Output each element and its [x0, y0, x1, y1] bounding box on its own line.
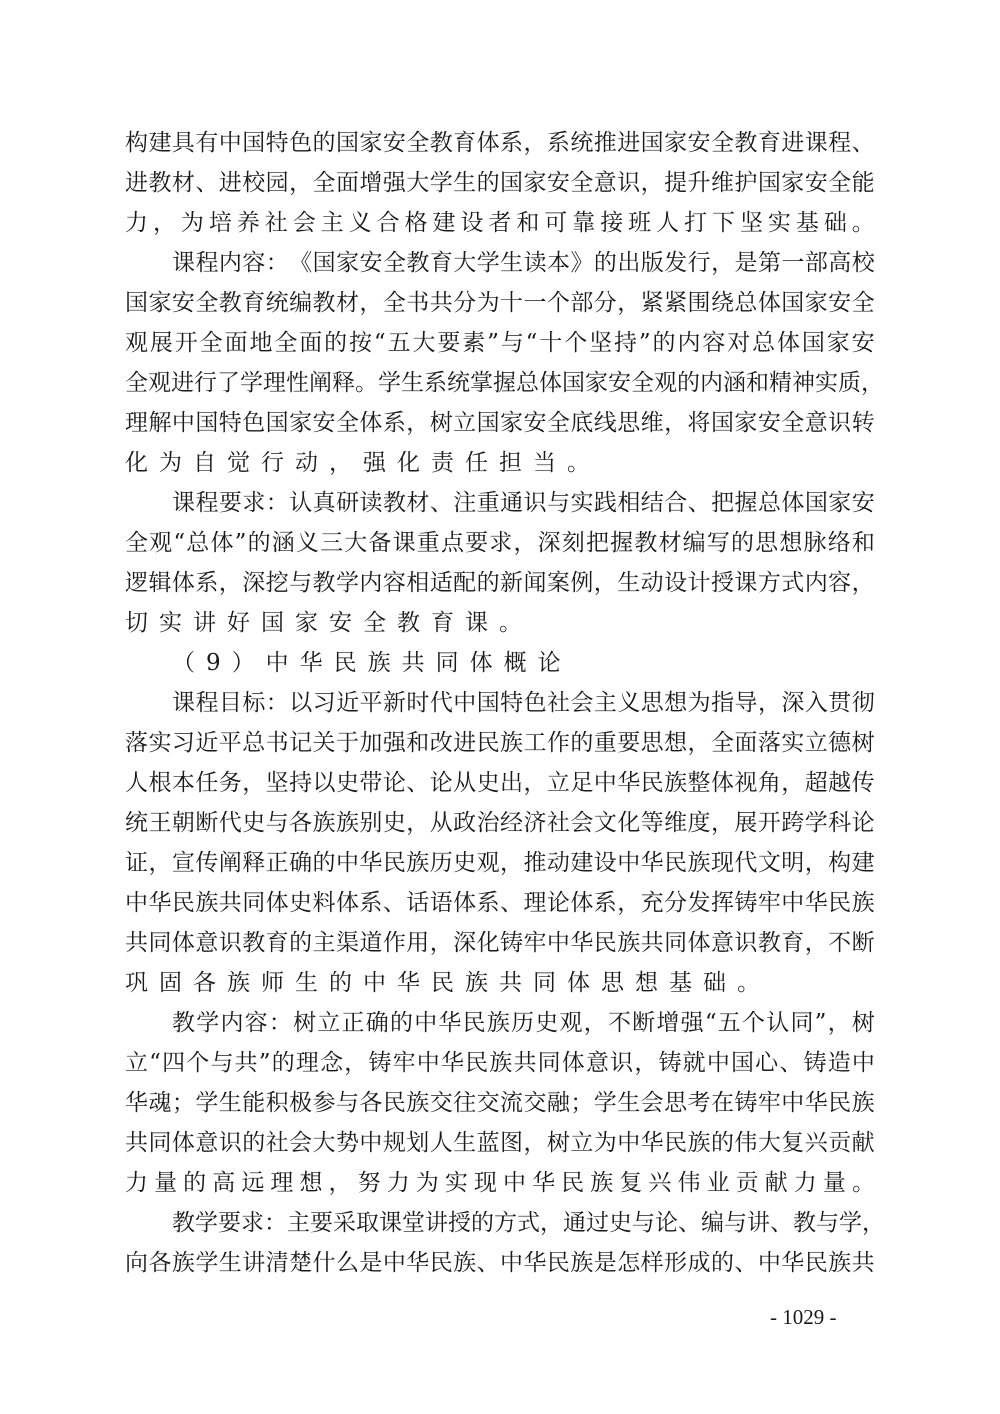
text-line: 教学要求：主要采取课堂讲授的方式，通过史与论、编与讲、教与学， — [172, 1203, 875, 1243]
text-line: 共同体意识的社会大势中规划人生蓝图，树立为中华民族的伟大复兴贡献 — [125, 1123, 875, 1163]
text-line: 国家安全教育统编教材，全书共分为十一个部分，紧紧围绕总体国家安全 — [125, 283, 875, 323]
page-number: - 1029 - — [770, 1305, 837, 1330]
text-line: 证，宣传阐释正确的中华民族历史观，推动建设中华民族现代文明，构建 — [125, 843, 875, 883]
text-line: 统王朝断代史与各族族别史，从政治经济社会文化等维度，展开跨学科论 — [125, 803, 875, 843]
text-line: 进教材、进校园，全面增强大学生的国家安全意识，提升维护国家安全能 — [125, 163, 875, 203]
text-line: 化为自觉行动，强化责任担当。 — [125, 443, 875, 483]
text-line: 中华民族共同体史料体系、话语体系、理论体系，充分发挥铸牢中华民族 — [125, 883, 875, 923]
text-line: 观展开全面地全面的按“五大要素”与“十个坚持”的内容对总体国家安 — [125, 323, 875, 363]
text-line: 全观“总体”的涵义三大备课重点要求，深刻把握教材编写的思想脉络和 — [125, 523, 875, 563]
section-heading: （9）中华民族共同体概论 — [172, 643, 875, 683]
text-line: 华魂；学生能积极参与各民族交往交流交融；学生会思考在铸牢中华民族 — [125, 1083, 875, 1123]
text-line: 力，为培养社会主义合格建设者和可靠接班人打下坚实基础。 — [125, 203, 875, 243]
text-line: 人根本任务，坚持以史带论、论从史出，立足中华民族整体视角，超越传 — [125, 763, 875, 803]
text-line: 立“四个与共”的理念，铸牢中华民族共同体意识，铸就中国心、铸造中 — [125, 1043, 875, 1083]
text-line: 教学内容：树立正确的中华民族历史观，不断增强“五个认同”，树 — [172, 1003, 875, 1043]
text-line: 全观进行了学理性阐释。学生系统掌握总体国家安全观的内涵和精神实质， — [125, 363, 875, 403]
text-line: 共同体意识教育的主渠道作用，深化铸牢中华民族共同体意识教育，不断 — [125, 923, 875, 963]
text-line: 向各族学生讲清楚什么是中华民族、中华民族是怎样形成的、中华民族共 — [125, 1243, 875, 1283]
text-line: 构建具有中国特色的国家安全教育体系，系统推进国家安全教育进课程、 — [125, 123, 875, 163]
text-line: 理解中国特色国家安全体系，树立国家安全底线思维，将国家安全意识转 — [125, 403, 875, 443]
text-line: 落实习近平总书记关于加强和改进民族工作的重要思想，全面落实立德树 — [125, 723, 875, 763]
document-page: 构建具有中国特色的国家安全教育体系，系统推进国家安全教育进课程、进教材、进校园，… — [0, 0, 1000, 1414]
text-line: 逻辑体系，深挖与教学内容相适配的新闻案例，生动设计授课方式内容， — [125, 563, 875, 603]
text-line: 课程内容：《国家安全教育大学生读本》的出版发行，是第一部高校 — [172, 243, 875, 283]
text-line: 课程要求：认真研读教材、注重通识与实践相结合、把握总体国家安 — [172, 483, 875, 523]
text-line: 巩固各族师生的中华民族共同体思想基础。 — [125, 963, 875, 1003]
text-line: 切实讲好国家安全教育课。 — [125, 603, 875, 643]
text-line: 力量的高远理想，努力为实现中华民族复兴伟业贡献力量。 — [125, 1163, 875, 1203]
text-line: 课程目标：以习近平新时代中国特色社会主义思想为指导，深入贯彻 — [172, 683, 875, 723]
